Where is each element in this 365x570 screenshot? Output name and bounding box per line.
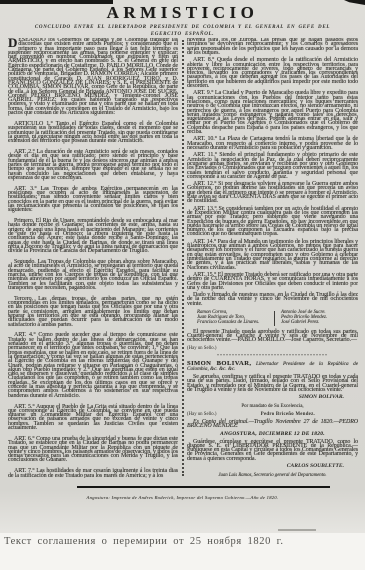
preamble-text: ESEANDO los Gobiernos de España y de Col… (8, 38, 178, 116)
signatures-colombian: Antonio José de Sucre. Pedro Briceño Men… (275, 311, 358, 326)
article-4: ART. 4.° Como puede suceder que al tiemp… (8, 333, 178, 397)
article-12: ART. 12.° Si por desgracia volviere á re… (187, 182, 358, 203)
column-divider (182, 40, 184, 476)
article-1: ARTICULO 1.° Tanto el Egército Español c… (8, 122, 178, 143)
right-column: noventa para los de Europa. Las presas q… (187, 38, 358, 478)
article-10: ART. 10.° La Plaza de Cartagena tendrá l… (187, 137, 358, 150)
preamble-paragraph: DESEANDO los Gobiernos de España y de Co… (8, 38, 178, 115)
photo-bottom-dash (278, 529, 316, 531)
article-3: ART. 3.° Las Tropas de ambos Egércitos p… (8, 187, 178, 213)
article-7-start: ART. 7.° Las hostilidades de mar cesarán… (8, 469, 178, 478)
mandate-line: Por mandato de Su Excelencia, (187, 404, 358, 409)
signature-linares: Francisco Gonzalez de Linares. (197, 321, 274, 326)
article-3-segundo: Segundo. Las Tropas de Colombia que obra… (8, 260, 178, 290)
article-13: ART. 13.° Se considerará tambien por un … (187, 207, 358, 237)
seal-note-bolivar: (Hay un Sello.) (187, 412, 245, 417)
bolivar-signature: SIMON BOLIVAR. (187, 395, 358, 401)
angostura-decree: Guárdese, cúmplase y egecútese el presen… (187, 440, 358, 461)
article-15: ART. 15.° El presente Tratado deberá ser… (187, 273, 358, 290)
mandate-row: (Hay un Sello.) Pedro Briceño Mendez. (187, 412, 358, 417)
article-11: ART. 11.° Siendo el principal fundamento… (187, 153, 358, 179)
copy-note: Es Copia del original.—Trugillo Noviembr… (187, 420, 358, 429)
angostura-heading: ANGOSTURA, DICIEMBRE 12 DE 1820. (187, 432, 358, 437)
photo-caption: Текст соглашения о перемирии от 25 ноябр… (4, 536, 284, 547)
signatures-block: Ramon Correa, Juan Rodriguez de Toro, Fr… (187, 311, 358, 326)
footer-rule (77, 486, 330, 488)
article-14: ART. 14.° Para dar al Mundo un testimoni… (187, 240, 358, 270)
article-8: ART. 8.° Queda desde el momento de la ra… (187, 58, 358, 88)
article-5: ART. 5.° Aunque el Pueblo de La Grita es… (8, 405, 178, 431)
mandate-secretary-name: Pedro Briceño Mendez. (245, 412, 331, 417)
document-subtitle-line2: EGERCITO ESPAÑOL. (0, 32, 365, 37)
article-6: ART. 6.° Como una prueba de la sincerida… (8, 437, 178, 463)
dropcap-letter: D (8, 38, 17, 47)
bolivar-ratification: Se aprueba, confirma y ratifica el prese… (187, 375, 358, 392)
signature-perez: José Gabriel Perez. (281, 321, 358, 326)
signatures-spanish: Ramon Correa, Juan Rodriguez de Toro, Fr… (187, 311, 274, 326)
seal-note-morillo: (Hay un Sello.) (187, 346, 358, 351)
document-subtitle-line1: CONCLUIDO ENTRE EL LIBERTADOR PRESIDENTE… (0, 25, 365, 30)
article-9: ART. 9.° La Ciudad y Puerto de Maracaibo… (187, 91, 358, 134)
imprint-line: Angostura: Imprenta de Andres Roderick, … (0, 495, 365, 500)
article-2: ART. 2.° La duración de este Armisticio … (8, 150, 178, 180)
document-photo: ARMISTICIO CONCLUIDO ENTRE EL LIBERTADOR… (0, 0, 365, 533)
soublette-signature: CARLOS SOUBLETTE. (187, 464, 358, 470)
morillo-ratification: El presente Tratado queda aprobado y rat… (187, 330, 358, 343)
closing-clause: Dado y firmado de nuestras manos, en la … (187, 293, 358, 306)
article-3-tercero: Tercero. Las demas tropas de ambas parte… (8, 297, 178, 327)
article-7-continued: noventa para los de Europa. Las presas q… (187, 38, 358, 55)
section-separator-dots: ************************************* (187, 354, 358, 358)
left-column: DESEANDO los Gobiernos de España y de Co… (8, 38, 178, 478)
bolivar-heading: SIMON BOLIVAR, Libertador Presidente de … (187, 361, 358, 372)
article-3-primero: Primero. El Rio de Unare, remontándolo d… (8, 219, 178, 253)
secretary-line: Juan Luis Ramos, Secretario general del … (187, 473, 358, 478)
document-title: ARMISTICIO (0, 3, 365, 23)
